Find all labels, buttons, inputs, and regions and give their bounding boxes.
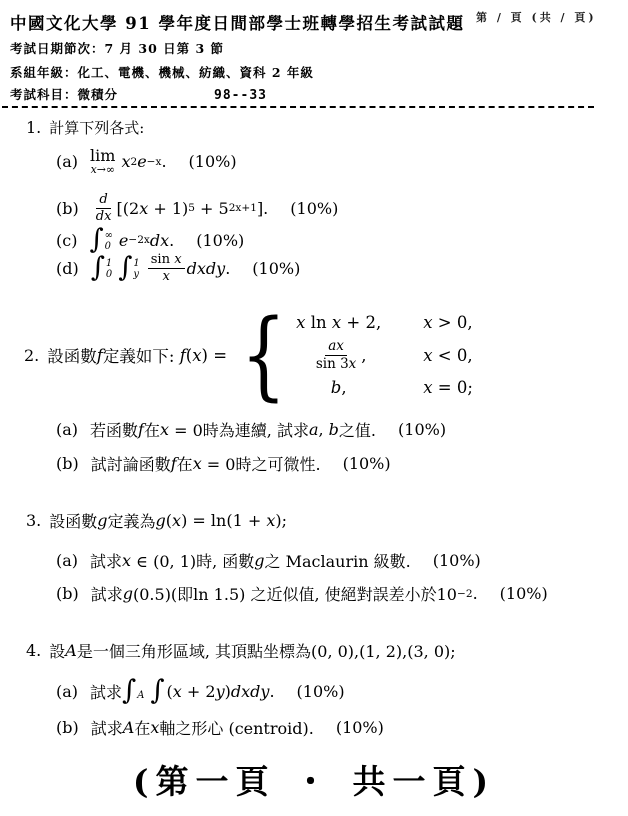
- case-3-condition: x = 0;: [423, 378, 473, 397]
- math-token: x: [423, 313, 432, 332]
- math-token: .: [269, 682, 274, 701]
- math-token: dx: [93, 209, 115, 224]
- document-title: 中國文化大學 91 學年度日間部學士班轉學招生考試試題: [10, 10, 464, 34]
- math-token: ∫: [122, 679, 136, 703]
- q1-part-b: (b) ddx[(2x + 1)5 + 52x+1]. (10%): [56, 193, 338, 224]
- question-3-number: 3.: [26, 511, 41, 530]
- math-token: ].: [257, 199, 268, 218]
- q2-part-b-label: (b): [56, 454, 79, 473]
- q3-part-b-label: (b): [56, 584, 79, 603]
- q1-part-c: (c) ∫∞0e−2xdx. (10%): [56, 228, 244, 252]
- math-token: b: [331, 378, 342, 397]
- case-2-expression: axsin 3x,: [296, 339, 381, 370]
- exam-paper-page: 中國文化大學 91 學年度日間部學士班轉學招生考試試題 第 / 頁 (共 / 頁…: [0, 0, 628, 816]
- math-token: x: [192, 346, 201, 365]
- math-token: ∫1y: [118, 256, 143, 280]
- math-token: x→∞: [91, 165, 115, 176]
- math-token: 試求: [90, 680, 122, 703]
- math-token: a: [309, 420, 319, 439]
- q2-part-b: (b) 試討論函數f在x = 0時之可微性. (10%): [56, 452, 391, 475]
- math-token: sin: [151, 253, 175, 267]
- math-token: 試討論函數: [91, 452, 171, 475]
- q2-part-a-label: (a): [56, 420, 78, 439]
- q1-part-d-formula: ∫10∫1ysin xxdxdy.: [91, 253, 231, 284]
- math-token: sin x: [148, 253, 185, 269]
- math-token: d: [96, 193, 110, 209]
- math-token: ddx: [93, 193, 115, 224]
- math-token: A: [65, 641, 77, 660]
- math-token: ax: [325, 339, 347, 355]
- q4-part-a-formula: 試求∫A∫(x + 2y)dxdy.: [90, 679, 275, 703]
- q3-part-a: (a) 試求x ∈ (0, 1)時, 函數g之 Maclaurin 級數. (1…: [56, 549, 481, 572]
- math-token: ln: [305, 313, 331, 332]
- subject-label: 考試科目：微積分: [10, 85, 118, 103]
- page-footer: (第一頁 ・ 共一頁): [0, 756, 628, 803]
- math-token: y: [216, 682, 225, 701]
- math-token: x: [122, 551, 131, 570]
- math-token: 之值.: [339, 418, 376, 441]
- math-token: x: [150, 718, 159, 737]
- q3-part-a-text: 試求x ∈ (0, 1)時, 函數g之 Maclaurin 級數.: [90, 549, 411, 572]
- math-token: x: [172, 511, 181, 530]
- math-token: 試求: [90, 549, 122, 572]
- math-token: ∫∞0: [89, 228, 116, 252]
- math-token: 定義如下:: [103, 343, 180, 367]
- q4-part-a: (a) 試求∫A∫(x + 2y)dxdy. (10%): [56, 679, 345, 703]
- math-token: 10: [106, 258, 112, 278]
- math-token: x: [349, 357, 357, 371]
- math-token: y: [133, 269, 139, 280]
- math-token: g: [156, 511, 166, 530]
- q4-part-a-score: (10%): [297, 682, 345, 701]
- q1-part-c-label: (c): [56, 231, 77, 250]
- question-2-lead: 設函數f定義如下: f(x) =: [47, 343, 227, 367]
- subject-code: 98--33: [214, 88, 267, 103]
- math-token: = 0時之可微性.: [202, 452, 321, 475]
- q4-part-b-score: (10%): [336, 718, 384, 737]
- math-token: 軸之形心 (centroid).: [159, 716, 313, 739]
- math-token: 在: [144, 418, 160, 441]
- math-token: 試求: [91, 716, 123, 739]
- q1-part-b-label: (b): [56, 199, 79, 218]
- piecewise-brace: {: [241, 312, 287, 398]
- math-token: 1: [133, 258, 139, 269]
- math-token: e: [137, 152, 146, 171]
- math-token: .: [169, 231, 174, 250]
- math-token: );: [275, 511, 287, 530]
- q2-part-a-score: (10%): [398, 420, 446, 439]
- question-1-number: 1.: [26, 118, 41, 137]
- math-token: ax: [328, 339, 344, 353]
- case-2-condition: x < 0,: [423, 346, 473, 365]
- math-token: + 1): [148, 199, 188, 218]
- q2-part-b-score: (10%): [343, 454, 391, 473]
- q4-part-b-text: 試求A在x軸之形心 (centroid).: [91, 716, 314, 739]
- math-token: dxdy: [231, 682, 270, 701]
- q2-part-a-text: 若函數f在x = 0時為連續, 試求a, b之值.: [90, 418, 376, 441]
- math-token: sin 3x: [313, 356, 359, 371]
- math-token: ∫10: [91, 256, 116, 280]
- math-token: ∫: [118, 256, 132, 280]
- math-token: ∫A: [122, 679, 148, 703]
- q2-part-b-text: 試討論函數f在x = 0時之可微性.: [91, 452, 321, 475]
- math-token: ∫: [150, 679, 164, 703]
- math-token: A: [137, 681, 144, 701]
- q1-part-a-score: (10%): [189, 152, 237, 171]
- math-token: dx: [96, 210, 112, 224]
- math-token: g: [254, 551, 264, 570]
- math-token: d: [99, 193, 107, 207]
- math-token: + 2,: [341, 313, 381, 332]
- math-token: 設函數: [49, 509, 97, 532]
- q1-part-b-formula: ddx[(2x + 1)5 + 52x+1].: [91, 193, 269, 224]
- q4-part-b-label: (b): [56, 718, 79, 737]
- math-token: x: [423, 346, 432, 365]
- math-token: A: [137, 690, 144, 701]
- math-token: ∞0: [105, 230, 113, 250]
- math-token: dxdy: [187, 259, 226, 278]
- math-token: A: [123, 718, 135, 737]
- math-token: ,: [319, 420, 329, 439]
- question-3-lead: 設函數g定義為g(x) = ln(1 + x);: [49, 509, 287, 532]
- math-token: 若函數: [90, 418, 138, 441]
- case-1-expression: x ln x + 2,: [296, 313, 381, 332]
- math-token: < 0,: [433, 346, 473, 365]
- math-token: = 0時為連續, 試求: [169, 418, 309, 441]
- math-token: x: [296, 313, 305, 332]
- math-token: ,: [341, 378, 346, 397]
- math-token: x: [160, 420, 169, 439]
- q1-part-c-formula: ∫∞0e−2xdx.: [89, 228, 174, 252]
- math-token: 定義為: [108, 509, 156, 532]
- q4-part-a-label: (a): [56, 682, 78, 701]
- question-1-heading: 1. 計算下列各式:: [26, 117, 144, 138]
- math-token: lim: [90, 148, 115, 164]
- math-token: .: [225, 259, 230, 278]
- q1-part-c-score: (10%): [196, 231, 244, 250]
- q1-part-b-score: (10%): [290, 199, 338, 218]
- q1-part-a-label: (a): [56, 152, 78, 171]
- math-token: + 5: [195, 199, 229, 218]
- math-token: b: [329, 420, 339, 439]
- math-token: x: [332, 313, 341, 332]
- question-4-heading: 4. 設A是一個三角形區域, 其頂點坐標為(0, 0),(1, 2),(3, 0…: [26, 639, 456, 662]
- q3-part-b: (b) 試求g(0.5)(即ln 1.5) 之近似值, 使絕對誤差小於10−2.…: [56, 582, 548, 605]
- q3-part-b-text: 試求g(0.5)(即ln 1.5) 之近似值, 使絕對誤差小於10−2.: [91, 582, 478, 605]
- math-token: ∫: [89, 228, 103, 252]
- exam-date-line: 考試日期節次：7 月 30 日第 3 節: [10, 39, 224, 57]
- math-token: ∞: [105, 230, 113, 241]
- q1-part-d: (d) ∫10∫1ysin xxdxdy. (10%): [56, 253, 300, 284]
- math-token: axsin 3x: [313, 339, 359, 370]
- math-token: ∫: [150, 679, 164, 703]
- math-token: 試求: [91, 582, 123, 605]
- math-token: 1: [106, 258, 112, 269]
- math-token: sin 3: [316, 357, 349, 371]
- math-token: (0.5)(即ln 1.5) 之近似值, 使絕對誤差小於10: [133, 582, 457, 605]
- math-token: x: [266, 511, 275, 530]
- math-token: 之 Maclaurin 級數.: [265, 549, 411, 572]
- dashed-separator: [2, 106, 594, 108]
- question-4-number: 4.: [26, 641, 41, 660]
- case-3-expression: b,: [296, 378, 381, 397]
- math-token: x: [159, 269, 172, 284]
- math-token: x: [162, 270, 169, 284]
- math-token: limx→∞: [90, 148, 115, 176]
- subject-row: 考試科目：微積分 98--33: [10, 85, 267, 103]
- math-token: g: [97, 511, 107, 530]
- math-token: x: [193, 454, 202, 473]
- math-token: 在: [134, 716, 150, 739]
- math-token: x: [139, 199, 148, 218]
- math-token: x: [173, 682, 182, 701]
- q1-part-a: (a) limx→∞x2e−x. (10%): [56, 148, 237, 176]
- math-token: > 0,: [433, 313, 473, 332]
- math-token: ,: [361, 346, 366, 365]
- page-number-field: 第 / 頁 (共 / 頁): [476, 9, 597, 25]
- math-token: 0: [106, 269, 112, 280]
- q2-part-a: (a) 若函數f在x = 0時為連續, 試求a, b之值. (10%): [56, 418, 446, 441]
- math-token: + 2: [182, 682, 216, 701]
- q1-part-d-score: (10%): [252, 259, 300, 278]
- math-token: ∫: [91, 256, 105, 280]
- q1-part-a-formula: limx→∞x2e−x.: [90, 148, 167, 176]
- math-token: x: [121, 152, 130, 171]
- q1-part-d-label: (d): [56, 259, 79, 278]
- q3-part-a-label: (a): [56, 551, 78, 570]
- question-4-lead: 設A是一個三角形區域, 其頂點坐標為(0, 0),(1, 2),(3, 0);: [49, 639, 455, 662]
- q4-part-b: (b) 試求A在x軸之形心 (centroid). (10%): [56, 716, 384, 739]
- math-token: 是一個三角形區域, 其頂點坐標為(0, 0),(1, 2),(3, 0);: [77, 639, 456, 662]
- case-1-condition: x > 0,: [423, 313, 473, 332]
- math-token: [(2: [117, 199, 140, 218]
- math-token: 1y: [133, 258, 139, 278]
- q3-part-a-score: (10%): [433, 551, 481, 570]
- question-2-number: 2.: [24, 346, 39, 365]
- math-token: 0: [105, 241, 111, 252]
- math-token: .: [473, 584, 478, 603]
- math-token: 設函數: [47, 343, 97, 367]
- math-token: sin xx: [148, 253, 185, 284]
- math-token: 在: [177, 452, 193, 475]
- piecewise-cases: x ln x + 2, x > 0, axsin 3x, x < 0, b, x…: [296, 313, 473, 396]
- question-1-title: 計算下列各式:: [49, 117, 144, 138]
- math-token: .: [161, 152, 166, 171]
- math-token: dx: [150, 231, 169, 250]
- math-token: 設: [49, 639, 65, 662]
- math-token: x: [174, 253, 181, 267]
- math-token: g: [123, 584, 133, 603]
- department-line: 系組年級：化工、電機、機械、紡織、資科 2 年級: [10, 63, 314, 81]
- math-token: ∈ (0, 1)時, 函數: [131, 549, 254, 572]
- math-token: x: [423, 378, 432, 397]
- math-token: ) = ln(1 +: [181, 511, 266, 530]
- math-token: e: [119, 231, 128, 250]
- math-token: = 0;: [433, 378, 473, 397]
- math-token: ) =: [202, 346, 228, 365]
- question-3-heading: 3. 設函數g定義為g(x) = ln(1 + x);: [26, 509, 287, 532]
- q3-part-b-score: (10%): [500, 584, 548, 603]
- question-2-heading: 2. 設函數f定義如下: f(x) = { x ln x + 2, x > 0,…: [24, 312, 473, 398]
